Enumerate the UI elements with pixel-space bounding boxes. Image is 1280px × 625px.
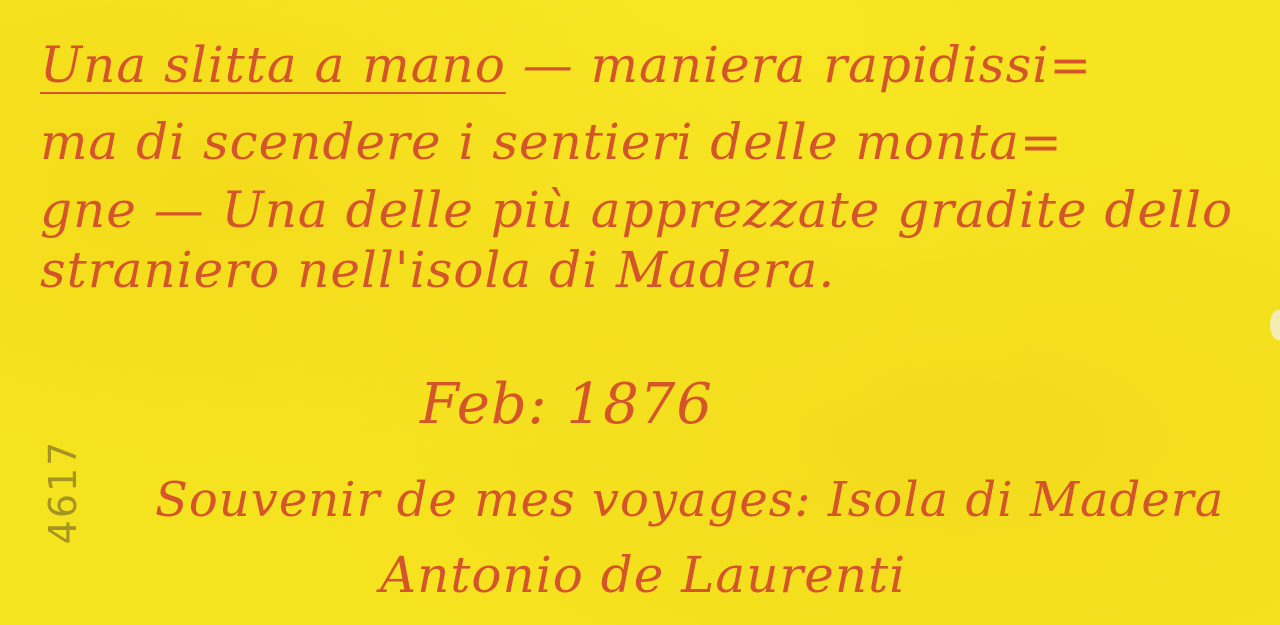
edge-wear-mark [1270, 310, 1280, 340]
caption-title: Una slitta a mano [40, 36, 506, 94]
souvenir-text: Souvenir de mes voyages: Isola di Madera [155, 470, 1224, 530]
date-text: Feb: 1876 [420, 370, 713, 440]
caption-line-1-rest: — maniera rapidissi= [523, 36, 1092, 94]
pencil-catalog-number: 4617 [41, 437, 85, 547]
caption-line-4: straniero nell'isola di Madera. [40, 240, 835, 300]
signature: Antonio de Laurenti [380, 545, 906, 605]
caption-line-1: Una slitta a mano — maniera rapidissi= [40, 35, 1092, 95]
photo-card-reverse: Una slitta a mano — maniera rapidissi= m… [0, 0, 1280, 625]
caption-line-3: gne — Una delle più apprezzate gradite d… [40, 180, 1233, 240]
caption-line-2: ma di scendere i sentieri delle monta= [40, 112, 1063, 172]
